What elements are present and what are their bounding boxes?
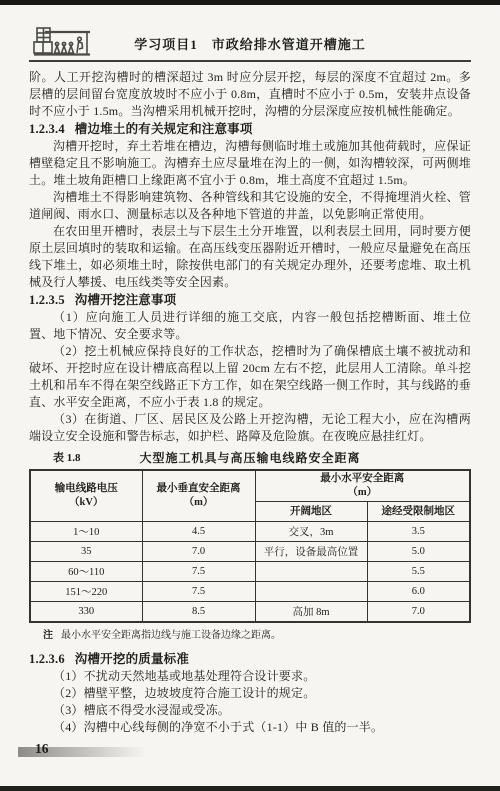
- header-line: 最小垂直安全距离: [145, 482, 253, 496]
- note-text: 最小水平安全距离指边线与施工设备边缘之距离。: [61, 630, 281, 641]
- note-label: 注: [43, 630, 53, 641]
- section-number: 1.2.3.5: [29, 293, 65, 307]
- page-content: 阶。人工开挖沟槽时的槽深超过 3m 时应分层开挖，每层的深度不宜超过 2m。多层…: [29, 69, 471, 445]
- table-cell: [255, 562, 367, 582]
- table-cell: 7.5: [142, 562, 255, 582]
- section-title: 沟槽开挖的质量标准: [75, 652, 189, 666]
- table-1-8: 表 1.8 大型施工机具与高压输电线路安全距离 输电线路电压 （kV） 最小垂直…: [29, 449, 471, 643]
- col-header-vertical-distance: 最小垂直安全距离 （m）: [142, 470, 255, 522]
- table-row: 151～220 7.5 6.0: [30, 582, 470, 602]
- section-number: 1.2.3.6: [29, 652, 65, 666]
- table-row: 1～10 4.5 交叉，3m 3.5: [30, 522, 470, 542]
- table-cell: 8.5: [142, 602, 255, 622]
- table-cell: 5.0: [367, 542, 470, 562]
- table-note: 注最小水平安全距离指边线与施工设备边缘之距离。: [29, 629, 471, 643]
- table-row: 330 8.5 高加 8m 7.0: [30, 602, 470, 622]
- section-title: 槽边堆土的有关规定和注意事项: [75, 122, 253, 136]
- table-cell: 5.5: [367, 562, 470, 582]
- list-item: （4）沟槽中心线每侧的净宽不小于式（1-1）中 B 值的一半。: [29, 719, 471, 736]
- table-cell: 交叉，3m: [255, 522, 367, 542]
- col-header-horizontal-distance: 最小水平安全距离 （m）: [255, 470, 470, 502]
- section-heading-1235: 1.2.3.5沟槽开挖注意事项: [29, 291, 471, 309]
- table-label: 表 1.8: [53, 449, 81, 467]
- running-head-title: 学习项目1 市政给排水管道开槽施工: [29, 34, 471, 53]
- header-line: 输电线路电压: [33, 482, 140, 496]
- table-cell: 7.5: [142, 582, 255, 602]
- section-number: 1.2.3.4: [29, 122, 65, 136]
- table-cell: 330: [30, 602, 142, 622]
- paragraph: 沟槽堆土不得影响建筑物、各种管线和其它设施的安全，不得掩埋消火栓、管道闸阀、雨水…: [29, 189, 471, 223]
- paragraph-continuation: 阶。人工开挖沟槽时的槽深超过 3m 时应分层开挖，每层的深度不宜超过 2m。多层…: [29, 69, 471, 120]
- header-line: 最小水平安全距离: [258, 472, 468, 486]
- table-row: 60～110 7.5 5.5: [30, 562, 470, 582]
- section-heading-1236: 1.2.3.6沟槽开挖的质量标准: [29, 650, 471, 668]
- col-header-voltage: 输电线路电压 （kV）: [30, 470, 142, 522]
- table-cell: 60～110: [30, 562, 142, 582]
- table-cell: 3.5: [367, 522, 470, 542]
- list-item: （3）在街道、厂区、居民区及公路上开挖沟槽，无论工程大小，应在沟槽两端设立安全设…: [29, 411, 471, 445]
- list-item: （2）槽壁平整，边坡坡度符合施工设计的规定。: [29, 685, 471, 702]
- page-header: 学习项目1 市政给排水管道开槽施工: [29, 0, 471, 62]
- list-item: （3）槽底不得受水浸湿或受冻。: [29, 702, 471, 719]
- section-title: 沟槽开挖注意事项: [75, 293, 177, 307]
- paragraph: 在农田里开槽时，表层土与下层生土分开堆置，以利表层土回用，同时要方便原土层回填时…: [29, 223, 471, 291]
- table-cell: 6.0: [367, 582, 470, 602]
- table-cell: 平行，设备最高位置: [255, 542, 367, 562]
- list-item: （1）不扰动天然地基或地基处理符合设计要求。: [29, 668, 471, 685]
- table-title: 大型施工机具与高压输电线路安全距离: [29, 449, 471, 467]
- header-line: （kV）: [33, 496, 140, 510]
- safety-distance-table: 输电线路电压 （kV） 最小垂直安全距离 （m） 最小水平安全距离 （m） 开阔…: [29, 469, 471, 623]
- table-cell: 高加 8m: [255, 602, 367, 622]
- section-heading-1234: 1.2.3.4槽边堆土的有关规定和注意事项: [29, 120, 471, 138]
- table-cell: 7.0: [367, 602, 470, 622]
- page-number-block: 16: [18, 741, 188, 758]
- book-page: 学习项目1 市政给排水管道开槽施工 阶。人工开挖沟槽时的槽深超过 3m 时应分层…: [0, 0, 500, 791]
- table-cell: 35: [30, 542, 142, 562]
- page-number: 16: [35, 741, 49, 757]
- table-cell: 1～10: [30, 522, 142, 542]
- table-cell: 151～220: [30, 582, 142, 602]
- table-cell: 7.0: [142, 542, 255, 562]
- list-item: （1）应向施工人员进行详细的施工交底，内容一般包括挖槽断面、堆土位置、地下情况、…: [29, 309, 471, 343]
- section-1236: 1.2.3.6沟槽开挖的质量标准 （1）不扰动天然地基或地基处理符合设计要求。 …: [29, 650, 471, 736]
- scan-edge-bottom: [0, 786, 500, 791]
- col-header-restricted-area: 途经受限制地区: [367, 502, 470, 522]
- col-header-open-area: 开阔地区: [255, 502, 367, 522]
- table-row: 35 7.0 平行，设备最高位置 5.0: [30, 542, 470, 562]
- paragraph: 沟槽开挖时，弃土若堆在槽边，沟槽每侧临时堆土或施加其他荷载时，应保证槽壁稳定且不…: [29, 138, 471, 189]
- header-line: （m）: [145, 496, 253, 510]
- table-cell: [255, 582, 367, 602]
- header-line: （m）: [258, 486, 468, 500]
- table-caption: 表 1.8 大型施工机具与高压输电线路安全距离: [29, 449, 471, 469]
- list-item: （2）挖土机械应保持良好的工作状态，挖槽时为了确保槽底土壤不被扰动和破坏、开挖时…: [29, 343, 471, 411]
- table-cell: 4.5: [142, 522, 255, 542]
